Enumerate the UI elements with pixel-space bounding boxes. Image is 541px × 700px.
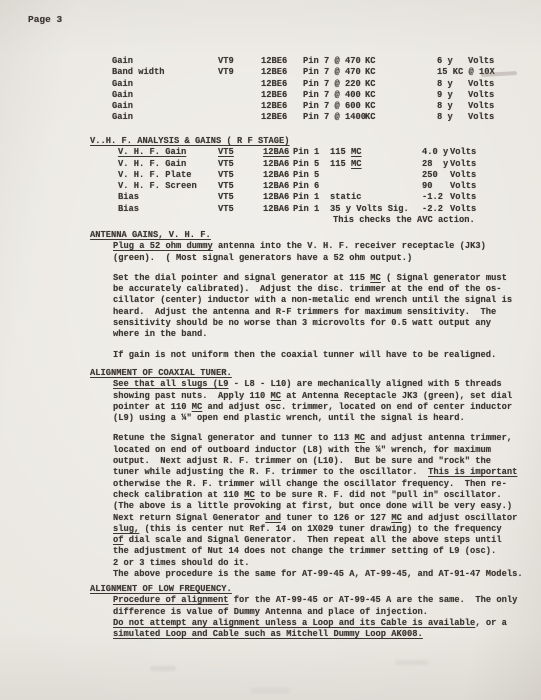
text-line: (L9) using a ¼" open end plastic wrench,…: [113, 413, 523, 424]
cell-condition: [330, 170, 422, 181]
scanned-page: Page 3 GainVT912BE6Pin 7 @ 470KC6 yVolts…: [0, 0, 541, 700]
cell-reading: 15 KC @ 10X: [437, 67, 468, 78]
cell-frequency-unit: KC: [365, 67, 437, 78]
cell-frequency-unit: KC: [365, 112, 437, 123]
table-row: V. H. F. PlateVT512BA6Pin 5250Volts: [118, 170, 476, 181]
cell-reading: 8 y: [437, 112, 468, 123]
table-row: BiasVT512BA6Pin 1static-1.2Volts: [118, 192, 476, 203]
cell-reading: 28 y: [422, 159, 450, 170]
cell-tube-type: 12BE6: [261, 90, 303, 101]
text-line: (The above is a little provoking at firs…: [113, 501, 523, 512]
cell-tube-number: VT5: [218, 170, 263, 181]
cell-reading-unit: Volts: [450, 170, 476, 181]
cell-parameter: Bias: [118, 204, 218, 215]
cell-condition: 35 y Volts Sig.: [330, 204, 422, 215]
section-antenna-gains: ANTENNA GAINS, V. H. F.Plug a 52 ohm dum…: [90, 230, 512, 361]
text-line: check calibration at 110 MC to be sure R…: [113, 490, 523, 501]
cell-reading: 8 y: [437, 79, 468, 90]
text-line: showing past nuts. Apply 110 MC at Anten…: [113, 391, 523, 402]
table-row: Gain12BE6Pin 7 @ 1400KC8 yVolts: [112, 112, 494, 123]
cell-pin-frequency: Pin 7 @ 400: [303, 90, 365, 101]
cell-pin: Pin 1: [293, 204, 330, 215]
cell-reading-unit: Volts: [468, 56, 494, 67]
section-low-frequency: ALIGNMENT OF LOW FREQUENCY.Procedure of …: [90, 584, 517, 640]
cell-tube-type: 12BE6: [261, 79, 303, 90]
cell-reading-unit: Volts: [450, 147, 476, 158]
cell-pin: Pin 1: [293, 147, 330, 158]
cell-parameter: Gain: [112, 90, 218, 101]
avc-note: This checks the AVC action.: [333, 215, 476, 226]
cell-tube-type: 12BA6: [263, 170, 293, 181]
text-line: 2 or 3 times should do it.: [113, 558, 523, 569]
text-line: Set the dial pointer and signal generato…: [113, 273, 512, 284]
cell-tube-number: VT5: [218, 159, 263, 170]
scan-smudge: [395, 660, 429, 665]
section-heading: ANTENNA GAINS, V. H. F.: [90, 230, 512, 241]
ink-smear: [481, 71, 517, 77]
table-row: Gain12BE6Pin 7 @ 400KC9 yVolts: [112, 90, 494, 101]
cell-reading-unit: Volts: [468, 101, 494, 112]
text-line: difference is value of Dummy Antenna and…: [113, 607, 517, 618]
table-row: Gain12BE6Pin 7 @ 600KC8 yVolts: [112, 101, 494, 112]
text-line: (green). ( Most signal generators have a…: [113, 253, 512, 264]
cell-parameter: Bias: [118, 192, 218, 203]
cell-tube-type: 12BA6: [263, 181, 293, 192]
cell-parameter: Band width: [112, 67, 218, 78]
cell-reading-unit: Volts: [468, 112, 494, 123]
table-row: V. H. F. GainVT512BA6Pin 1115 MC4.0 yVol…: [118, 147, 476, 158]
table-row: V. H. F. ScreenVT512BA6Pin 690Volts: [118, 181, 476, 192]
paragraph: See that all slugs (L9 - L8 - L10) are m…: [113, 379, 523, 424]
cell-pin-frequency: Pin 7 @ 220: [303, 79, 365, 90]
cell-tube-type: 12BA6: [263, 192, 293, 203]
section-heading: ALIGNMENT OF LOW FREQUENCY.: [90, 584, 517, 595]
cell-parameter: V. H. F. Plate: [118, 170, 218, 181]
cell-pin-frequency: Pin 7 @ 470: [303, 56, 365, 67]
cell-tube-number: VT5: [218, 181, 263, 192]
text-line: Retune the Signal generator and tunner t…: [113, 433, 523, 444]
cell-condition: static: [330, 192, 422, 203]
cell-condition: 115 MC: [330, 147, 422, 158]
scan-smudge: [150, 666, 176, 671]
cell-frequency-unit: KC: [365, 101, 437, 112]
cell-parameter: V. H. F. Screen: [118, 181, 218, 192]
cell-parameter: V. H. F. Gain: [118, 147, 218, 158]
text-line: Plug a 52 ohm dummy antenna into the V. …: [113, 241, 512, 252]
cell-reading: 90: [422, 181, 450, 192]
cell-parameter: Gain: [112, 112, 218, 123]
cell-tube-number: [218, 79, 261, 90]
cell-tube-number: VT5: [218, 204, 263, 215]
text-line: of dial scale and Signal Generator. Then…: [113, 535, 523, 546]
paragraph: If gain is not uniform then the coaxial …: [113, 350, 512, 361]
cell-pin: Pin 5: [293, 159, 330, 170]
scan-smudge: [250, 688, 290, 694]
vhf-analysis-section: V..H. F. ANALYSIS & GAINS ( R F STAGE) V…: [90, 136, 476, 226]
table-row: V. H. F. GainVT512BA6Pin 5115 MC28 yVolt…: [118, 159, 476, 170]
text-line: where in the band.: [113, 329, 512, 340]
text-line: located on end of outboard inductor (L8)…: [113, 445, 523, 456]
text-line: tuner while adjusting the R. F. trimmer …: [113, 467, 523, 478]
cell-pin: Pin 5: [293, 170, 330, 181]
text-line: heard. Adjust the antenna and R-F trimme…: [113, 307, 512, 318]
cell-reading-unit: Volts: [450, 159, 476, 170]
cell-reading-unit: Volts: [450, 181, 476, 192]
section-coaxial-tuner: ALIGNMENT OF COAXIAL TUNER.See that all …: [90, 368, 523, 580]
paragraph: Set the dial pointer and signal generato…: [113, 273, 512, 341]
paragraph: Procedure of alignment for the AT-99-45 …: [113, 595, 517, 640]
cell-tube-type: 12BE6: [261, 56, 303, 67]
cell-parameter: Gain: [112, 101, 218, 112]
cell-tube-type: 12BE6: [261, 101, 303, 112]
cell-tube-type: 12BE6: [261, 67, 303, 78]
cell-parameter: Gain: [112, 56, 218, 67]
cell-reading-unit: Volts: [450, 192, 476, 203]
cell-reading: -1.2: [422, 192, 450, 203]
text-line: be accurately calibrated). Adjust the di…: [113, 284, 512, 295]
cell-pin: Pin 1: [293, 192, 330, 203]
text-line: otherwise the R. F. trimmer will change …: [113, 479, 523, 490]
cell-pin-frequency: Pin 7 @ 1400: [303, 112, 365, 123]
vhf-gains-table: V. H. F. GainVT512BA6Pin 1115 MC4.0 yVol…: [118, 147, 476, 215]
text-line: output. Next adjust R. F. trimmer on (L1…: [113, 456, 523, 467]
cell-tube-number: [218, 101, 261, 112]
cell-reading: -2.2: [422, 204, 450, 215]
vhf-section-heading: V..H. F. ANALYSIS & GAINS ( R F STAGE): [90, 136, 476, 147]
cell-tube-number: [218, 90, 261, 101]
text-line: slug, (this is center nut Ref. 14 on 1X0…: [113, 524, 523, 535]
text-line: See that all slugs (L9 - L8 - L10) are m…: [113, 379, 523, 390]
table-row: Band widthVT912BE6Pin 7 @ 470KC15 KC @ 1…: [112, 67, 494, 78]
page-number: Page 3: [28, 14, 62, 25]
cell-tube-type: 12BE6: [261, 112, 303, 123]
cell-tube-number: VT5: [218, 192, 263, 203]
cell-tube-type: 12BA6: [263, 147, 293, 158]
text-line: If gain is not uniform then the coaxial …: [113, 350, 512, 361]
cell-reading: 8 y: [437, 101, 468, 112]
text-line: pointer at 110 MC and adjust osc. trimme…: [113, 402, 523, 413]
cell-parameter: V. H. F. Gain: [118, 159, 218, 170]
cell-tube-number: [218, 112, 261, 123]
table-row: BiasVT512BA6Pin 135 y Volts Sig.-2.2Volt…: [118, 204, 476, 215]
cell-frequency-unit: KC: [365, 90, 437, 101]
cell-reading-unit: Volts: [468, 79, 494, 90]
text-line: simulated Loop and Cable such as Mitchel…: [113, 629, 517, 640]
text-line: Procedure of alignment for the AT-99-45 …: [113, 595, 517, 606]
cell-reading: 250: [422, 170, 450, 181]
cell-tube-number: VT9: [218, 56, 261, 67]
cell-pin-frequency: Pin 7 @ 470: [303, 67, 365, 78]
text-line: sensitivity should be no worse than 3 mi…: [113, 318, 512, 329]
cell-reading: 9 y: [437, 90, 468, 101]
text-line: the adjustment of Nut 14 does not change…: [113, 546, 523, 557]
cell-pin: Pin 6: [293, 181, 330, 192]
text-line: cillator (center) inductor with a non-me…: [113, 295, 512, 306]
section-heading: ALIGNMENT OF COAXIAL TUNER.: [90, 368, 523, 379]
cell-pin-frequency: Pin 7 @ 600: [303, 101, 365, 112]
text-line: Next return Signal Generator and tuner t…: [113, 513, 523, 524]
cell-condition: [330, 181, 422, 192]
cell-tube-type: 12BA6: [263, 159, 293, 170]
cell-tube-number: VT9: [218, 67, 261, 78]
cell-parameter: Gain: [112, 79, 218, 90]
cell-frequency-unit: KC: [365, 79, 437, 90]
cell-reading: 4.0 y: [422, 147, 450, 158]
cell-tube-number: VT5: [218, 147, 263, 158]
cell-condition: 115 MC: [330, 159, 422, 170]
text-line: The above procedure is the same for AT-9…: [113, 569, 523, 580]
table-row: GainVT912BE6Pin 7 @ 470KC6 yVolts: [112, 56, 494, 67]
cell-reading: 6 y: [437, 56, 468, 67]
cell-tube-type: 12BA6: [263, 204, 293, 215]
paragraph: Plug a 52 ohm dummy antenna into the V. …: [113, 241, 512, 264]
cell-reading-unit: Volts: [450, 204, 476, 215]
table-row: Gain12BE6Pin 7 @ 220KC8 yVolts: [112, 79, 494, 90]
if-gain-table: GainVT912BE6Pin 7 @ 470KC6 yVoltsBand wi…: [112, 56, 494, 124]
text-line: Do not attempt any alignment unless a Lo…: [113, 618, 517, 629]
paragraph: Retune the Signal generator and tunner t…: [113, 433, 523, 580]
cell-frequency-unit: KC: [365, 56, 437, 67]
cell-reading-unit: Volts: [468, 90, 494, 101]
